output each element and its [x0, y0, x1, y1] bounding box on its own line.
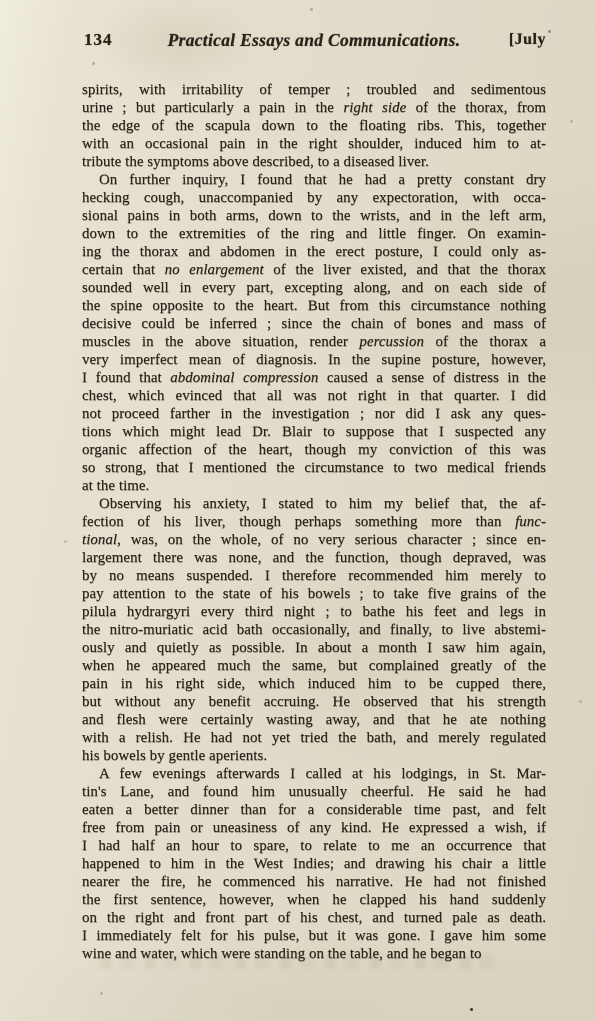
- text-line: on the right and front part of his chest…: [82, 909, 546, 927]
- text-line: his bowels by gentle aperients.: [82, 747, 546, 765]
- text-line: spirits, with irritability of temper ; t…: [82, 81, 546, 99]
- text-line: hecking cough, unaccompanied by any expe…: [82, 189, 546, 207]
- text-line: at the time.: [82, 477, 546, 495]
- text-line: and flesh were certainly wasting away, a…: [82, 711, 546, 729]
- text-line: organic affection of the heart, though m…: [82, 441, 546, 459]
- text-line: eaten a better dinner than for a conside…: [82, 801, 546, 819]
- text-line: I immediately felt for his pulse, but it…: [82, 927, 546, 945]
- text-line: so strong, that I mentioned the circumst…: [82, 459, 546, 477]
- bleed-through-smudge: [100, 954, 500, 969]
- text-column: 134 Practical Essays and Communications.…: [82, 30, 546, 963]
- text-line: not proceed farther in the investigation…: [82, 405, 546, 423]
- text-line: sounded well in every part, excepting al…: [82, 279, 546, 297]
- text-line: ously and quietly as possible. In about …: [82, 639, 546, 657]
- text-line: tional, was, on the whole, of no very se…: [82, 531, 546, 549]
- text-line: happened to him in the West Indies; and …: [82, 855, 546, 873]
- text-line: the spine opposite to the heart. But fro…: [82, 297, 546, 315]
- text-line: very imperfect mean of diagnosis. In the…: [82, 351, 546, 369]
- text-line: Observing his anxiety, I stated to him m…: [82, 495, 546, 513]
- text-line: On further inquiry, I found that he had …: [82, 171, 546, 189]
- running-title: Practical Essays and Communications.: [82, 30, 546, 51]
- text-line: tin's Lane, and found him unusually chee…: [82, 783, 546, 801]
- text-line: chest, which evinced that all was not ri…: [82, 387, 546, 405]
- text-line: with a relish. He had not yet tried the …: [82, 729, 546, 747]
- text-line: pay attention to the state of his bowels…: [82, 585, 546, 603]
- body-text: spirits, with irritability of temper ; t…: [82, 81, 546, 963]
- text-line: ing the thorax and abdomen in the erect …: [82, 243, 546, 261]
- text-line: largement there was none, and the functi…: [82, 549, 546, 567]
- text-line: A few evenings afterwards I called at hi…: [82, 765, 546, 783]
- text-line: with an occasional pain in the right sho…: [82, 135, 546, 153]
- text-line: down to the extremities of the ring and …: [82, 225, 546, 243]
- text-line: the nitro-muriatic acid bath occasionall…: [82, 621, 546, 639]
- text-line: the first sentence, however, when he cla…: [82, 891, 546, 909]
- text-line: nearer the fire, he commenced his narrat…: [82, 873, 546, 891]
- page-header: 134 Practical Essays and Communications.…: [82, 30, 546, 56]
- paper-speckles: [0, 0, 3, 3]
- text-line: decisive could be inferred ; since the c…: [82, 315, 546, 333]
- text-line: certain that no enlargement of the liver…: [82, 261, 546, 279]
- text-line: pain in his right side, which induced hi…: [82, 675, 546, 693]
- text-line: urine ; but particularly a pain in the r…: [82, 99, 546, 117]
- text-line: but without any benefit accruing. He obs…: [82, 693, 546, 711]
- text-line: I found that abdominal compression cause…: [82, 369, 546, 387]
- text-line: tions which might lead Dr. Blair to supp…: [82, 423, 546, 441]
- text-line: by no means suspended. I therefore recom…: [82, 567, 546, 585]
- text-line: the edge of the scapula down to the floa…: [82, 117, 546, 135]
- text-line: pilula hydrargyri every third night ; to…: [82, 603, 546, 621]
- text-line: I had half an hour to spare, to relate t…: [82, 837, 546, 855]
- text-line: fection of his liver, though perhaps som…: [82, 513, 546, 531]
- book-page-scan: 134 Practical Essays and Communications.…: [0, 0, 595, 1021]
- text-line: when he appeared much the same, but comp…: [82, 657, 546, 675]
- text-line: muscles in the above situation, render p…: [82, 333, 546, 351]
- issue-month-label: [July: [509, 31, 546, 49]
- text-line: sional pains in both arms, down to the w…: [82, 207, 546, 225]
- text-line: free from pain or uneasiness of any kind…: [82, 819, 546, 837]
- text-line: tribute the symptoms above described, to…: [82, 153, 546, 171]
